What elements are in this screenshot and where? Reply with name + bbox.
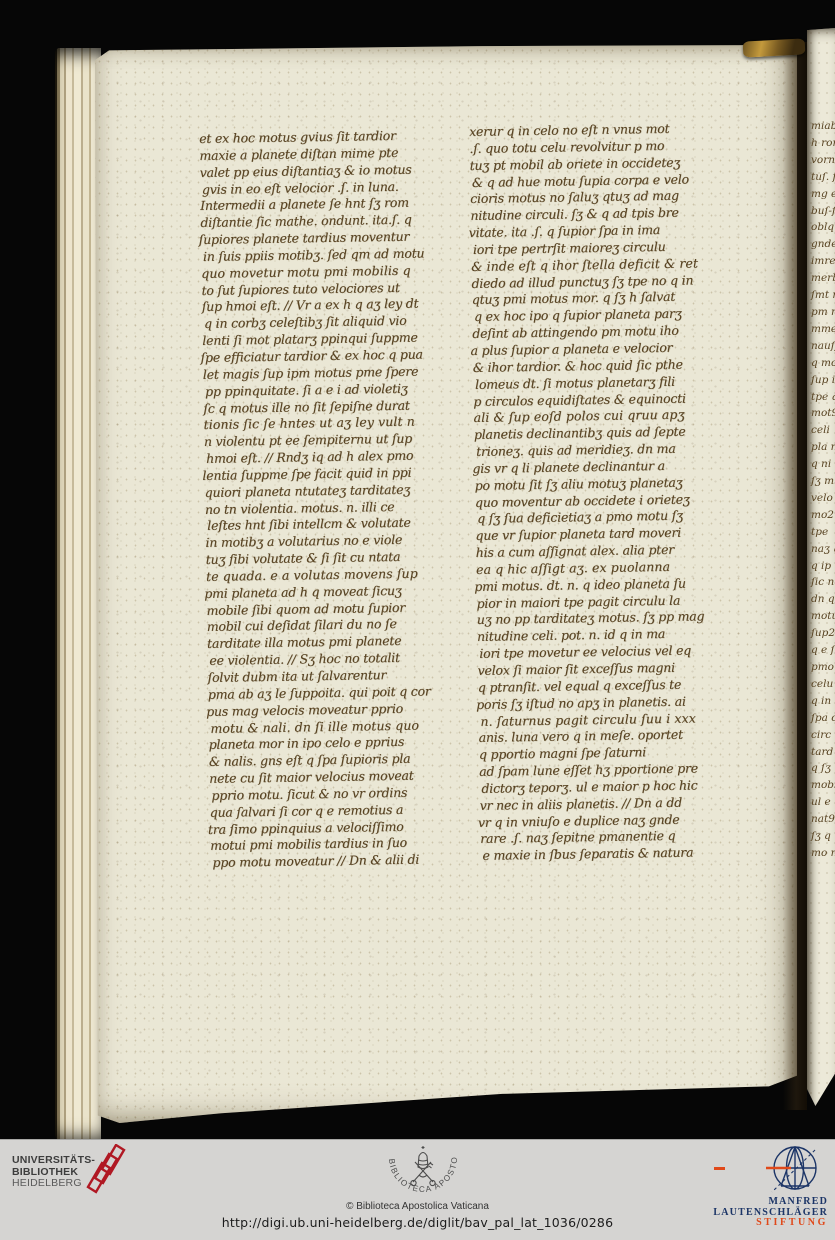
manuscript-text-line: celi [807, 422, 835, 439]
page-url: http://digi.ub.uni-heidelberg.de/diglit/… [0, 1215, 835, 1230]
manuscript-page: et ex hoc motus gvius ſit tardiormaxie a… [95, 45, 797, 1123]
next-page-text-fragments: miablh rorlvornstuſ. ſʒmg ebuſ-ſoblqugnd… [807, 118, 835, 888]
manuscript-text-line: q ſʒ [807, 760, 835, 777]
manuscript-text-line: nauſy [807, 338, 835, 355]
mls-globe-icon [765, 1142, 825, 1198]
manuscript-text-line: q in [807, 693, 835, 710]
ub-books-icon [84, 1144, 130, 1194]
footer-bar: UNIVERSITÄTS- BIBLIOTHEK HEIDELBERG BIBL… [0, 1139, 835, 1240]
manuscript-text-line: celu [807, 676, 835, 693]
manuscript-text-line: pla n [807, 439, 835, 456]
manuscript-text-line: tpe [807, 524, 835, 541]
manuscript-text-line: miabl [807, 118, 835, 135]
manuscript-text-line: tpe q [807, 389, 835, 406]
manuscript-text-line: dn q [807, 591, 835, 608]
headband-detail [743, 38, 806, 57]
manuscript-text-line: ppo motu moveatur // Dn & alii di [212, 851, 480, 872]
manuscript-text-line: ſʒ q [807, 828, 835, 845]
manuscript-text-line: mot9 [807, 405, 835, 422]
manuscript-text-line: q ni [807, 456, 835, 473]
manuscript-text-line: mob9 [807, 777, 835, 794]
manuscript-text-line: nat9 [807, 811, 835, 828]
manuscript-text-line: imrem [807, 253, 835, 270]
page-edges [55, 48, 101, 1142]
mls-line1: MANFRED [713, 1197, 828, 1208]
manuscript-text-line: naʒ q [807, 541, 835, 558]
manuscript-text-line: pm mo [807, 304, 835, 321]
manuscript-text-line: q ip [807, 558, 835, 575]
ub-heidelberg-wordmark: UNIVERSITÄTS- BIBLIOTHEK HEIDELBERG [12, 1155, 95, 1190]
viewer-canvas: et ex hoc motus gvius ſit tardiormaxie a… [0, 0, 835, 1240]
manuscript-text-line: q mo [807, 355, 835, 372]
manuscript-text-line: oblqu [807, 219, 835, 236]
manuscript-text-line: velo [807, 490, 835, 507]
manuscript-text-line: q e ſ [807, 642, 835, 659]
manuscript-text-line: merbl [807, 270, 835, 287]
manuscript-text-line: circ [807, 727, 835, 744]
manuscript-text-line: ſmt n [807, 287, 835, 304]
manuscript-text-line: pmo [807, 659, 835, 676]
manuscript-text-line: mo2 ſ [807, 507, 835, 524]
ub-line3: HEIDELBERG [12, 1178, 95, 1190]
manuscript-text-line: mg e [807, 186, 835, 203]
vatican-copyright: © Biblioteca Apostolica Vaticana [0, 1201, 835, 1212]
next-page-sliver: miablh rorlvornstuſ. ſʒmg ebuſ-ſoblqugnd… [807, 28, 835, 1106]
manuscript-text-line: ſup2 [807, 625, 835, 642]
manuscript-text-line: mmem [807, 321, 835, 338]
mls-line3: STIFTUNG [713, 1218, 828, 1229]
manuscript-text-line: ſpa c [807, 710, 835, 727]
manuscript-text-line: h rorl [807, 135, 835, 152]
manuscript-text-line: ſic n [807, 574, 835, 591]
manuscript-text-line: tard [807, 744, 835, 761]
gutter-shadow [783, 42, 807, 1110]
manuscript-text-line: motu [807, 608, 835, 625]
manuscript-text-line: tuſ. ſʒ [807, 169, 835, 186]
manuscript-photo[interactable]: et ex hoc motus gvius ſit tardiormaxie a… [55, 28, 835, 1135]
text-column-right: xerur q in celo no eſt n vnus mot.ſ. quo… [469, 119, 777, 865]
vatican-seal-icon: BIBLIOTECA APOSTOLICA VATICANA [379, 1142, 467, 1200]
manuscript-text-line: e maxie in ſbus ſeparatis & natura [482, 844, 778, 865]
manuscript-text-line: ul e [807, 794, 835, 811]
manuscript-text-line: buſ-ſ [807, 203, 835, 220]
manuscript-text-line: mo n [807, 845, 835, 862]
mls-wordmark: MANFRED LAUTENSCHLÄGER STIFTUNG [713, 1197, 828, 1229]
manuscript-text-line: ſʒ m [807, 473, 835, 490]
mls-dash-icon [714, 1167, 725, 1170]
manuscript-text-line: ſup i [807, 372, 835, 389]
ub-line1: UNIVERSITÄTS- [12, 1155, 95, 1167]
manuscript-text-line: gndet [807, 236, 835, 253]
manuscript-text-line: vorns [807, 152, 835, 169]
text-column-left: et ex hoc motus gvius ſit tardiormaxie a… [199, 127, 479, 872]
